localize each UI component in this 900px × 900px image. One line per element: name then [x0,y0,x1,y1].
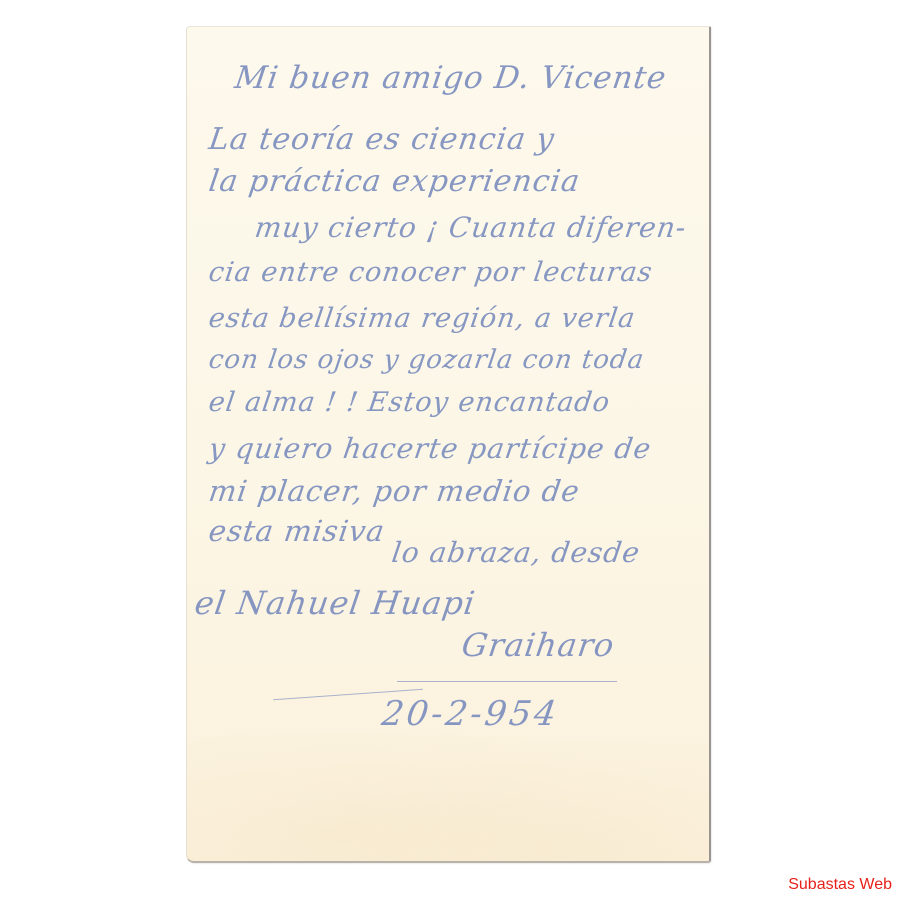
handwritten-line: esta bellísima región, a verla [207,305,637,332]
handwritten-line: esta misiva [207,517,387,546]
handwritten-line: La teoría es ciencia y [207,125,557,155]
handwritten-line: y quiero hacerte partícipe de [207,435,653,463]
handwritten-signature: Graiharo [460,629,617,661]
handwritten-line: con los ojos y gozarla con toda [207,347,646,373]
signature-flourish-right [397,681,617,682]
handwritten-line-place: el Nahuel Huapi [193,587,478,619]
handwritten-line: cia entre conocer por lecturas [207,259,654,286]
watermark-label: Subastas Web [788,876,892,894]
handwritten-line: el alma ! ! Estoy encantado [207,389,612,416]
handwritten-line-greeting: Mi buen amigo D. Vicente [233,63,669,94]
handwritten-date: 20-2-954 [380,697,562,731]
handwritten-line-closing: lo abraza, desde [390,539,642,567]
handwritten-line: la práctica experiencia [207,167,582,197]
handwritten-line: muy cierto ¡ Cuanta diferen- [253,214,688,242]
auction-image-stage: Mi buen amigo D. Vicente La teoría es ci… [0,0,900,900]
handwritten-line: mi placer, por medio de [207,477,582,506]
postcard-back: Mi buen amigo D. Vicente La teoría es ci… [186,26,711,863]
